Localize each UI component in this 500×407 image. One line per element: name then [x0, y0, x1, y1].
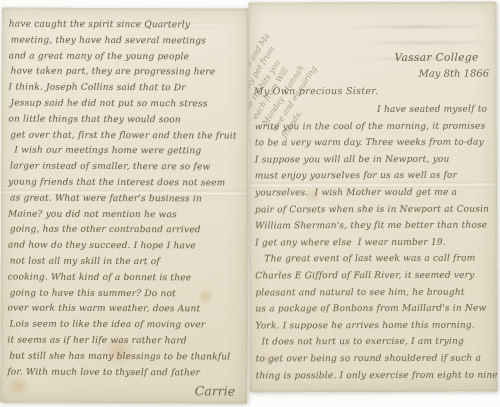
- handwriting-line: on little things that they would soon: [8, 112, 246, 129]
- handwriting-line: for. With much love to thyself and fathe…: [7, 365, 245, 382]
- handwriting-line: and a great many of the young people: [9, 49, 247, 66]
- handwriting-line: it seems as if her life was rather hard: [7, 333, 245, 350]
- handwriting-line: It does not hurt us to exercise, I am tr…: [255, 334, 495, 351]
- letter-left-page: have caught the spirit since Quarterlyme…: [0, 7, 249, 403]
- handwriting-line: I get any where else I wear number 19.: [255, 234, 495, 251]
- handwriting-line: William Sherman's, they fit me better th…: [255, 218, 495, 235]
- handwriting-line: I think. Joseph Collins said that to Dr: [8, 81, 246, 98]
- letter-right-page: they wouldbe kept, Pa and Maa family pet…: [248, 2, 497, 393]
- handwriting-line: over work this warm weather, does Aunt: [8, 302, 246, 319]
- handwriting-line: Charles E Gifford of Fall River, it seem…: [255, 268, 495, 285]
- letterhead-date: May 8th 1866: [419, 69, 490, 80]
- handwriting-line: I have seated myself to: [255, 102, 495, 119]
- handwriting-line: larger instead of smaller, there are so …: [10, 160, 246, 177]
- handwriting-line: meeting, they have had several meetings: [11, 33, 247, 50]
- handwriting-line: pleasant and natural to see him, he brou…: [255, 284, 495, 301]
- handwriting-line: Lois seem to like the idea of moving ove…: [9, 318, 245, 335]
- handwriting-line: pair of Corsets when she is in Newport a…: [255, 201, 495, 218]
- handwriting-line: have caught the spirit since Quarterly: [9, 17, 247, 34]
- letterhead-place: Vassar College: [394, 52, 478, 64]
- handwriting-line: I wish our meetings home were getting: [8, 144, 246, 161]
- handwriting-line: must enjoy yourselves for us as well as …: [255, 168, 495, 185]
- handwriting-line: to get over being so round shouldered if…: [256, 350, 496, 367]
- handwriting-line: Maine? you did not mention he was: [8, 207, 246, 224]
- handwriting-line: Jessup said he did not put so much stres…: [10, 96, 246, 113]
- left-page-text: have caught the spirit since Quarterlyme…: [7, 17, 247, 381]
- handwriting-line: not lost all my skill in the art of: [10, 254, 246, 271]
- signature: Carrie: [195, 383, 235, 398]
- handwriting-line: I suppose you will all be in Newport, yo…: [255, 151, 495, 168]
- handwriting-line: going to have this summer? Do not: [10, 286, 246, 303]
- handwriting-line: to be a very warm day. Three weeks from …: [255, 135, 495, 152]
- right-page-text: I have seated myself towrite you in the …: [255, 102, 496, 385]
- handwriting-line: York. I suppose he arrives home this mor…: [255, 317, 495, 334]
- handwriting-line: as great. What were father's business in: [10, 191, 246, 208]
- handwriting-line: going, has the other contraband arrived: [10, 223, 246, 240]
- handwriting-line: cooking. What kind of a bonnet is thee: [8, 270, 246, 287]
- handwriting-line: write you in the cool of the morning, it…: [255, 118, 495, 135]
- handwriting-line: young friends that the interest does not…: [8, 175, 246, 192]
- letter-scan: have caught the spirit since Quarterlyme…: [0, 0, 500, 407]
- handwriting-line: thing is possible. I only exercise from …: [256, 367, 496, 384]
- handwriting-line: yourselves. I wish Mother would get me a: [255, 185, 495, 202]
- handwriting-line: The great event of last week was a call …: [255, 251, 495, 268]
- salutation: My Own precious Sister.: [254, 86, 379, 97]
- handwriting-line: and how do they succeed. I hope I have: [8, 239, 246, 256]
- handwriting-line: but still she has many blessings to be t…: [9, 349, 245, 366]
- handwriting-line: us a package of Bonbons from Maillard's …: [255, 301, 495, 318]
- handwriting-line: get over that, first the flower and then…: [10, 128, 246, 145]
- handwriting-line: have taken part, they are progressing he…: [11, 65, 247, 82]
